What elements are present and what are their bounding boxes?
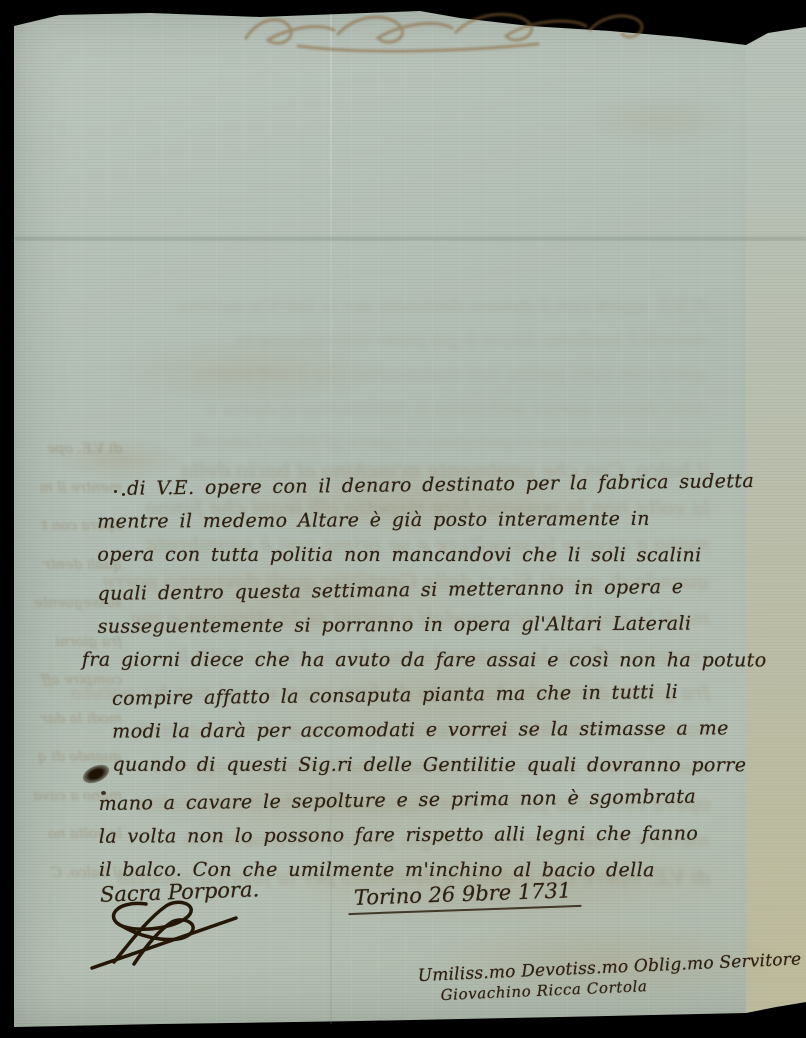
letter-line: quando di questi Sig.ri delle Gentilitie…	[112, 748, 746, 784]
ink-dots	[114, 488, 130, 498]
photographed-manuscript: di V.E. opere con il denaro destinato pe…	[0, 0, 806, 1038]
letter-line: mano a cavare le sepolture e se prima no…	[98, 779, 746, 822]
letter-line: opera con tutta politia non mancandovi c…	[97, 538, 745, 574]
letter-line: modi la darà per accomodati e vorrei se …	[112, 711, 746, 749]
letter-line: susseguentemente si porranno in opera gl…	[98, 606, 746, 644]
letter-line: quali dentro questa settimana si mettera…	[97, 569, 745, 612]
letter-line: la volta non lo possono fare rispetto al…	[99, 816, 747, 854]
letter-line: mentre il medemo Altare è già posto inte…	[97, 501, 745, 539]
ink-blot	[101, 791, 106, 795]
letter-line: di V.E. opere con il denaro destinato pe…	[127, 464, 745, 507]
letter-line: compire affatto la consaputa pianta ma c…	[112, 674, 746, 717]
letter-line: fra giorni diece che ha avuto da fare as…	[82, 643, 746, 679]
letter-body: di V.E. opere con il denaro destinato pe…	[97, 466, 747, 889]
